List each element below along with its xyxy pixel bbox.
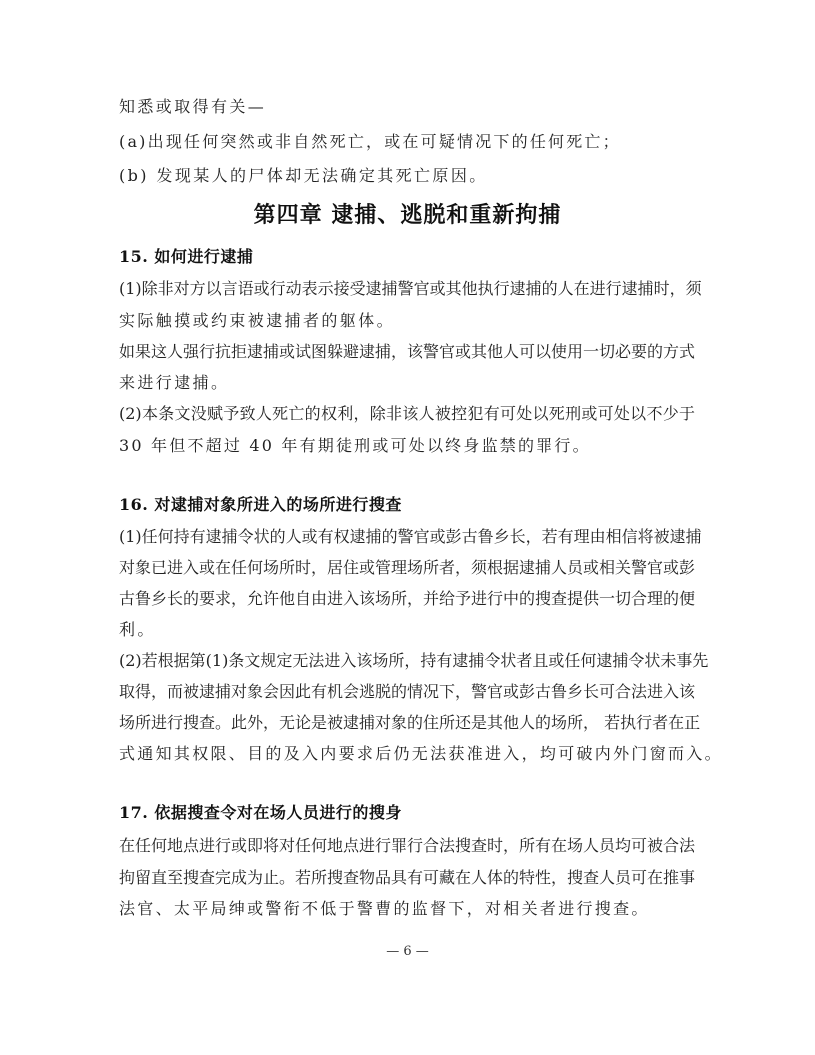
section-15-line: 实际触摸或约束被逮捕者的躯体。: [119, 311, 699, 331]
section-16-line: (1)任何持有逮捕令状的人或有权逮捕的警官或彭古鲁乡长，若有理由相信将被逮捕: [119, 527, 695, 547]
section-15-line: 30 年但不超过 40 年有期徒刑或可处以终身监禁的罪行。: [119, 436, 699, 456]
intro-clause-a: (a)出现任何突然或非自然死亡，或在可疑情况下的任何死亡；: [119, 132, 699, 152]
page-number: — 6 —: [0, 944, 815, 960]
chapter-title: 第四章 逮捕、逃脱和重新拘捕: [0, 201, 815, 229]
section-16-line: 利。: [119, 620, 699, 640]
section-16-line: 古鲁乡长的要求，允许他自由进入该场所，并给予进行中的搜查提供一切合理的便: [119, 589, 695, 609]
section-16-line: 式通知其权限、目的及入内要求后仍无法获准进入，均可破内外门窗而入。: [119, 744, 699, 764]
section-17-line: 在任何地点进行或即将对任何地点进行罪行合法搜查时，所有在场人员均可被合法: [119, 836, 695, 856]
section-16-line: 取得，而被逮捕对象会因此有机会逃脱的情况下，警官或彭古鲁乡长可合法进入该: [119, 682, 695, 702]
section-16-line: 对象已进入或在任何场所时，居住或管理场所者，须根据逮捕人员或相关警官或彭: [119, 558, 695, 578]
section-15-line: (1)除非对方以言语或行动表示接受逮捕警官或其他执行逮捕的人在进行逮捕时，须: [119, 279, 695, 299]
section-heading-17: 17. 依据搜查令对在场人员进行的搜身: [119, 803, 402, 823]
intro-clause-b: (b) 发现某人的尸体却无法确定其死亡原因。: [119, 166, 699, 186]
section-heading-16: 16. 对逮捕对象所进入的场所进行搜查: [119, 495, 402, 515]
section-15-line: 如果这人强行抗拒逮捕或试图躲避逮捕，该警官或其他人可以使用一切必要的方式: [119, 342, 695, 362]
document-page: 知悉或取得有关— (a)出现任何突然或非自然死亡，或在可疑情况下的任何死亡； (…: [0, 0, 815, 1055]
intro-line: 知悉或取得有关—: [119, 97, 699, 117]
section-17-line: 拘留直至搜查完成为止。若所搜查物品具有可藏在人体的特性，搜查人员可在推事: [119, 868, 695, 888]
section-16-line: 场所进行搜查。此外，无论是被逮捕对象的住所还是其他人的场所， 若执行者在正: [119, 713, 695, 733]
section-15-line: 来进行逮捕。: [119, 373, 699, 393]
section-15-line: (2)本条文没赋予致人死亡的权利，除非该人被控犯有可处以死刑或可处以不少于: [119, 404, 695, 424]
section-16-line: (2)若根据第(1)条文规定无法进入该场所，持有逮捕令状者且或任何逮捕令状未事先: [119, 651, 695, 671]
section-17-line: 法官、太平局绅或警衔不低于警曹的监督下，对相关者进行搜查。: [119, 899, 699, 919]
section-heading-15: 15. 如何进行逮捕: [119, 247, 253, 267]
